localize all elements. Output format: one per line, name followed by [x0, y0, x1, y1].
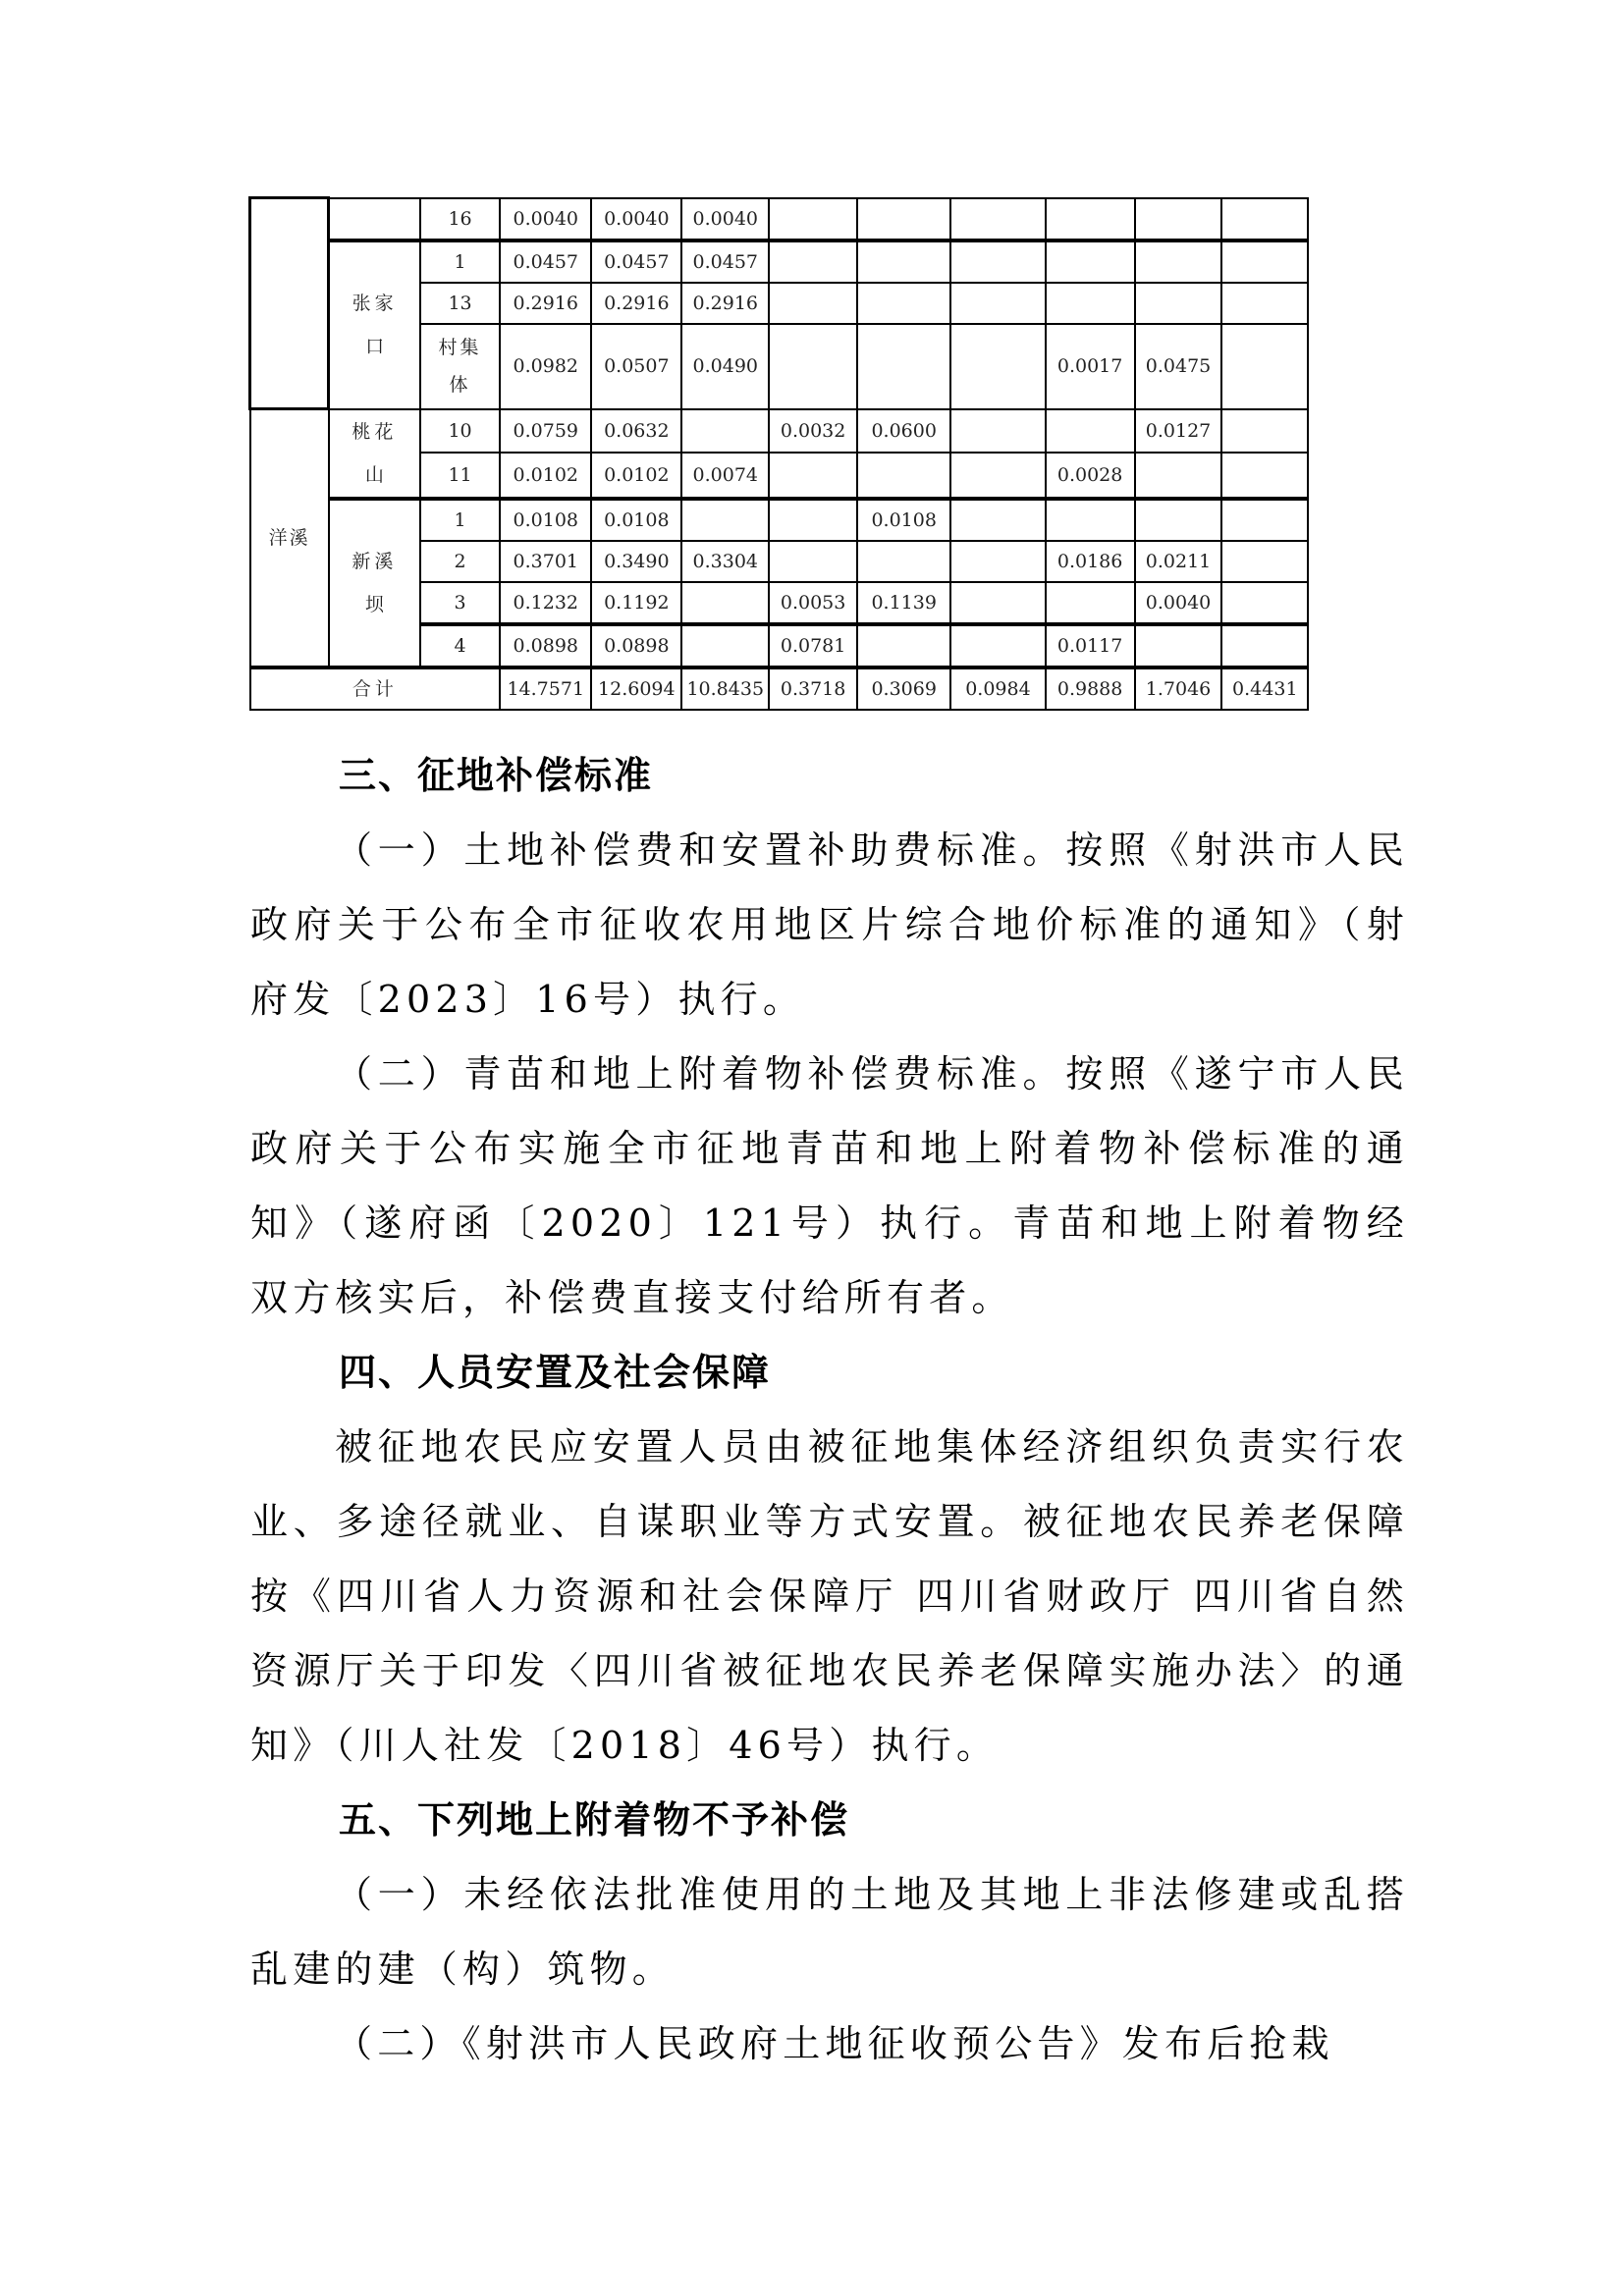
value-cell: 0.0040 — [500, 198, 591, 240]
value-cell: 0.0028 — [1046, 453, 1135, 498]
village-name-line: 坝 — [330, 583, 419, 626]
value-cell: 0.1192 — [591, 582, 681, 624]
value-cell: 0.0074 — [681, 453, 769, 498]
value-cell — [1221, 198, 1308, 240]
value-cell — [769, 453, 857, 498]
value-cell: 0.2916 — [681, 283, 769, 324]
group-cell: 1 — [420, 240, 500, 283]
value-cell: 0.0186 — [1046, 541, 1135, 582]
group-name-line: 体 — [421, 366, 499, 403]
value-cell: 0.2916 — [500, 283, 591, 324]
table-row: 16 0.0040 0.0040 0.0040 — [250, 198, 1402, 240]
paragraph: 被征地农民应安置人员由被征地集体经济组织负责实行农业、多途径就业、自谋职业等方式… — [250, 1410, 1409, 1783]
group-cell: 村集 体 — [420, 324, 500, 409]
value-cell — [1135, 453, 1222, 498]
value-cell — [857, 240, 950, 283]
value-cell — [1221, 541, 1308, 582]
paragraph: （一）未经依法批准使用的土地及其地上非法修建或乱搭乱建的建（构）筑物。 — [250, 1857, 1409, 2006]
paragraph: （一）土地补偿费和安置补助费标准。按照《射洪市人民政府关于公布全市征收农用地区片… — [250, 813, 1409, 1037]
value-cell: 0.0457 — [500, 240, 591, 283]
value-cell — [1221, 624, 1308, 667]
paragraph: （二）《射洪市人民政府土地征收预公告》发布后抢栽 — [250, 2006, 1409, 2081]
value-cell: 0.3304 — [681, 541, 769, 582]
value-cell — [857, 283, 950, 324]
value-cell — [1135, 624, 1222, 667]
value-cell: 0.0781 — [769, 624, 857, 667]
value-cell — [950, 541, 1045, 582]
value-cell: 0.0102 — [591, 453, 681, 498]
value-cell: 0.1232 — [500, 582, 591, 624]
value-cell: 0.3701 — [500, 541, 591, 582]
value-cell — [769, 198, 857, 240]
table-row: 13 0.2916 0.2916 0.2916 — [250, 283, 1402, 324]
value-cell: 0.0108 — [591, 499, 681, 541]
section-heading: 五、下列地上附着物不予补偿 — [250, 1783, 1409, 1857]
value-cell — [681, 409, 769, 454]
value-cell — [950, 198, 1045, 240]
value-cell — [769, 324, 857, 409]
group-cell: 3 — [420, 582, 500, 624]
value-cell — [1046, 499, 1135, 541]
value-cell — [1221, 453, 1308, 498]
value-cell — [1046, 283, 1135, 324]
value-cell — [857, 453, 950, 498]
value-cell — [950, 283, 1045, 324]
table-total-row: 合计 14.7571 12.6094 10.8435 0.3718 0.3069… — [250, 667, 1402, 710]
value-cell — [950, 499, 1045, 541]
village-cell: 桃花 山 — [329, 409, 420, 499]
value-cell: 0.0898 — [500, 624, 591, 667]
value-cell — [950, 324, 1045, 409]
value-cell — [1135, 198, 1222, 240]
value-cell — [1046, 240, 1135, 283]
group-cell: 16 — [420, 198, 500, 240]
value-cell — [950, 453, 1045, 498]
value-cell — [1046, 409, 1135, 454]
paragraph: （二）青苗和地上附着物补偿费标准。按照《遂宁市人民政府关于公布实施全市征地青苗和… — [250, 1037, 1409, 1335]
group-cell: 1 — [420, 499, 500, 541]
value-cell — [857, 198, 950, 240]
village-name-line: 新溪 — [330, 540, 419, 583]
value-cell: 0.0117 — [1046, 624, 1135, 667]
total-value-cell: 12.6094 — [591, 667, 681, 710]
table-row: 张家 口 1 0.0457 0.0457 0.0457 — [250, 240, 1402, 283]
value-cell: 0.0040 — [1135, 582, 1222, 624]
total-value-cell: 0.4431 — [1221, 667, 1308, 710]
value-cell — [1221, 240, 1308, 283]
value-cell — [950, 624, 1045, 667]
table-row: 11 0.0102 0.0102 0.0074 0.0028 — [250, 453, 1402, 498]
value-cell — [1221, 499, 1308, 541]
total-value-cell: 14.7571 — [500, 667, 591, 710]
value-cell — [857, 324, 950, 409]
value-cell: 0.2916 — [591, 283, 681, 324]
value-cell: 0.0211 — [1135, 541, 1222, 582]
total-value-cell: 10.8435 — [681, 667, 769, 710]
table-row: 洋溪 桃花 山 10 0.0759 0.0632 0.0032 0.0600 0… — [250, 409, 1402, 454]
value-cell — [1135, 240, 1222, 283]
value-cell: 0.0108 — [500, 499, 591, 541]
total-value-cell: 0.3069 — [857, 667, 950, 710]
value-cell — [1135, 283, 1222, 324]
value-cell: 0.0600 — [857, 409, 950, 454]
group-cell: 13 — [420, 283, 500, 324]
value-cell: 0.0127 — [1135, 409, 1222, 454]
value-cell: 0.3490 — [591, 541, 681, 582]
value-cell — [1046, 198, 1135, 240]
value-cell — [769, 541, 857, 582]
body-text: 三、征地补偿标准 （一）土地补偿费和安置补助费标准。按照《射洪市人民政府关于公布… — [250, 738, 1409, 2081]
value-cell: 0.0053 — [769, 582, 857, 624]
value-cell: 0.0032 — [769, 409, 857, 454]
section-heading: 三、征地补偿标准 — [250, 738, 1409, 813]
value-cell — [1046, 582, 1135, 624]
total-value-cell: 1.7046 — [1135, 667, 1222, 710]
value-cell — [950, 409, 1045, 454]
total-label: 合计 — [250, 667, 501, 710]
village-name-line: 口 — [330, 325, 419, 368]
table-row: 村集 体 0.0982 0.0507 0.0490 0.0017 0.0475 — [250, 324, 1402, 409]
value-cell: 0.0632 — [591, 409, 681, 454]
value-cell: 0.0490 — [681, 324, 769, 409]
town-cell — [250, 198, 329, 409]
group-cell: 11 — [420, 453, 500, 498]
value-cell: 0.0102 — [500, 453, 591, 498]
village-cell: 张家 口 — [329, 240, 420, 409]
total-value-cell: 0.9888 — [1046, 667, 1135, 710]
value-cell: 0.0507 — [591, 324, 681, 409]
table-row: 新溪 坝 1 0.0108 0.0108 0.0108 — [250, 499, 1402, 541]
village-cell: 新溪 坝 — [329, 499, 420, 667]
table-row: 3 0.1232 0.1192 0.0053 0.1139 0.0040 — [250, 582, 1402, 624]
town-cell: 洋溪 — [250, 409, 329, 667]
value-cell — [1221, 283, 1308, 324]
value-cell — [1221, 409, 1308, 454]
group-cell: 10 — [420, 409, 500, 454]
group-name-line: 村集 — [421, 329, 499, 366]
value-cell: 0.0040 — [591, 198, 681, 240]
value-cell — [681, 582, 769, 624]
value-cell: 0.0475 — [1135, 324, 1222, 409]
value-cell: 0.0108 — [857, 499, 950, 541]
value-cell — [950, 582, 1045, 624]
table-row: 4 0.0898 0.0898 0.0781 0.0117 — [250, 624, 1402, 667]
value-cell — [950, 240, 1045, 283]
village-cell — [329, 198, 420, 240]
village-name-line: 张家 — [330, 282, 419, 325]
value-cell: 0.0017 — [1046, 324, 1135, 409]
value-cell — [1135, 499, 1222, 541]
value-cell — [1221, 582, 1308, 624]
village-name-line: 山 — [330, 454, 419, 497]
section-heading: 四、人员安置及社会保障 — [250, 1335, 1409, 1410]
value-cell — [681, 499, 769, 541]
group-cell: 4 — [420, 624, 500, 667]
value-cell — [857, 624, 950, 667]
value-cell: 0.0982 — [500, 324, 591, 409]
value-cell: 0.1139 — [857, 582, 950, 624]
value-cell — [769, 499, 857, 541]
value-cell — [769, 283, 857, 324]
value-cell — [769, 240, 857, 283]
value-cell: 0.0457 — [591, 240, 681, 283]
total-value-cell: 0.0984 — [950, 667, 1045, 710]
document-page: 16 0.0040 0.0040 0.0040 张家 口 1 0.0457 0 — [0, 0, 1624, 2296]
value-cell — [681, 624, 769, 667]
land-acquisition-table: 16 0.0040 0.0040 0.0040 张家 口 1 0.0457 0 — [248, 196, 1403, 711]
value-cell: 0.0759 — [500, 409, 591, 454]
value-cell: 0.0040 — [681, 198, 769, 240]
village-name-line: 桃花 — [330, 410, 419, 454]
table-row: 2 0.3701 0.3490 0.3304 0.0186 0.0211 — [250, 541, 1402, 582]
total-value-cell: 0.3718 — [769, 667, 857, 710]
value-cell — [857, 541, 950, 582]
value-cell: 0.0898 — [591, 624, 681, 667]
group-cell: 2 — [420, 541, 500, 582]
value-cell — [1221, 324, 1308, 409]
value-cell: 0.0457 — [681, 240, 769, 283]
